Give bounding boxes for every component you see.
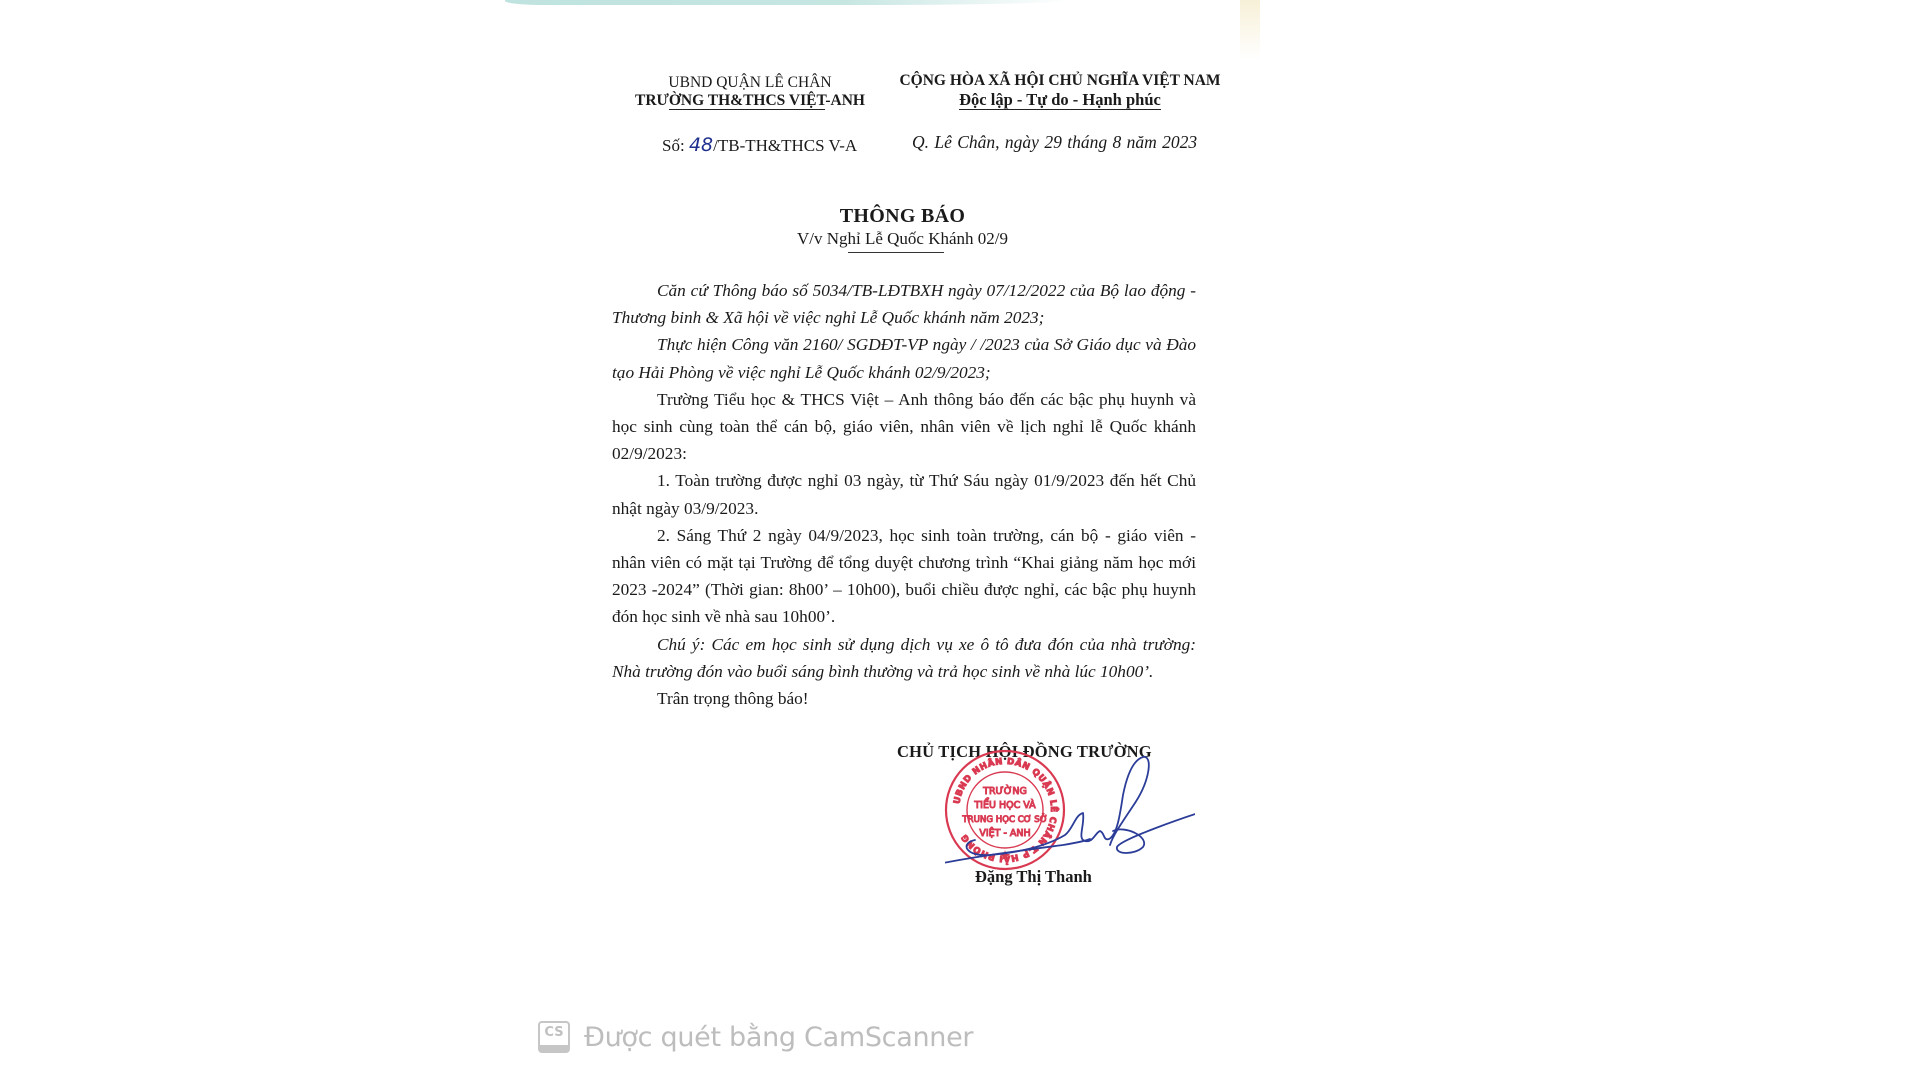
issuing-authority-header: UBND QUẬN LÊ CHÂN TRƯỜNG TH&THCS VIỆT-AN… <box>620 74 880 110</box>
camscanner-cs-icon: CS <box>538 1021 570 1053</box>
body-paragraph: 2. Sáng Thứ 2 ngày 04/9/2023, học sinh t… <box>612 522 1196 631</box>
document-subject: V/v Nghỉ Lễ Quốc Khánh 02/9 <box>760 229 1045 249</box>
national-motto: Độc lập - Tự do - Hạnh phúc <box>890 90 1230 110</box>
scan-edge-top <box>505 0 1070 5</box>
document-number: Số: 48/TB-TH&THCS V-A <box>662 134 857 156</box>
body-paragraph: Căn cứ Thông báo số 5034/TB-LĐTBXH ngày … <box>612 277 1196 331</box>
school-name: TRƯỜNG TH&THCS VIỆT-ANH <box>620 92 880 110</box>
body-paragraph: Thực hiện Công văn 2160/ SGDĐT-VP ngày /… <box>612 331 1196 385</box>
handwritten-number: 48 <box>689 134 713 156</box>
agency-name: UBND QUẬN LÊ CHÂN <box>620 74 880 92</box>
watermark-text: Được quét bằng CamScanner <box>584 1022 973 1053</box>
republic-name: CỘNG HÒA XÃ HỘI CHỦ NGHĨA VIỆT NAM <box>890 72 1230 90</box>
document-body: Căn cứ Thông báo số 5034/TB-LĐTBXH ngày … <box>612 277 1196 712</box>
body-paragraph: Trường Tiểu học & THCS Việt – Anh thông … <box>612 386 1196 468</box>
handwritten-signature <box>945 755 1195 875</box>
body-paragraph: Chú ý: Các em học sinh sử dụng dịch vụ x… <box>612 631 1196 685</box>
camscanner-watermark: CS Được quét bằng CamScanner <box>538 1018 973 1056</box>
national-header: CỘNG HÒA XÃ HỘI CHỦ NGHĨA VIỆT NAM Độc l… <box>890 72 1230 110</box>
document-title: THÔNG BÁO <box>760 205 1045 228</box>
place-and-date: Q. Lê Chân, ngày 29 tháng 8 năm 2023 <box>912 132 1197 153</box>
subject-underline <box>848 252 944 253</box>
scan-edge-right <box>1240 0 1260 60</box>
body-paragraph: 1. Toàn trường được nghỉ 03 ngày, từ Thứ… <box>612 467 1196 521</box>
body-paragraph: Trân trọng thông báo! <box>612 685 1196 712</box>
